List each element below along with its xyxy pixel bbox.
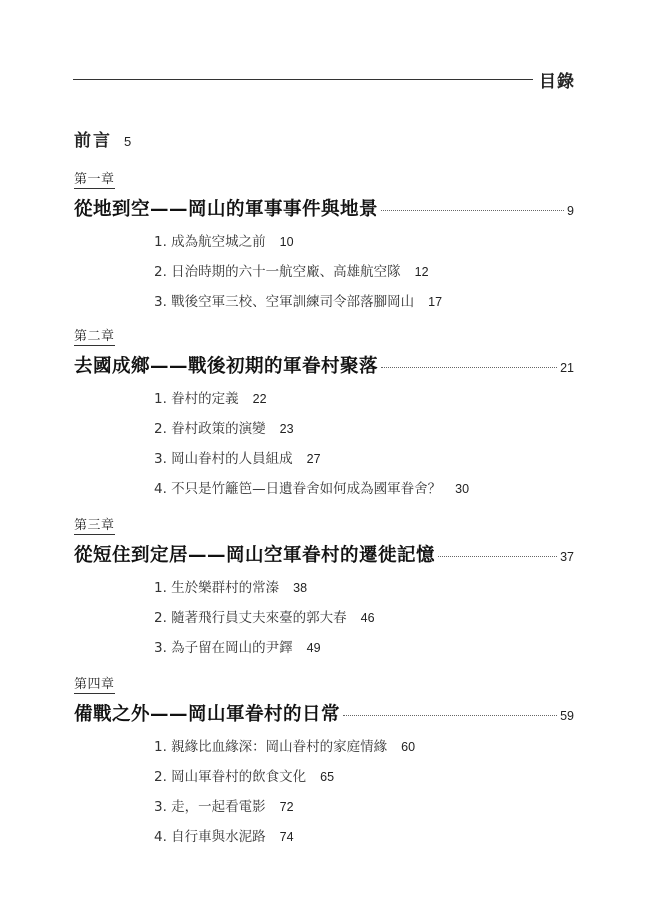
section-list: 1. 眷村的定義 22 2. 眷村政策的演變 23 3. 岡山眷村的人員組成 2… [154,384,574,504]
section-entry[interactable]: 4. 自行車與水泥路 74 [154,822,574,852]
section-title: 1. 生於樂群村的常溱 [154,573,279,603]
dot-leader [381,210,564,211]
chapter-page-number: 59 [560,709,574,723]
table-of-contents-page: 目錄 前言 5 第一章 從地到空——岡山的軍事事件與地景 9 1. 成為航空城之… [0,0,663,904]
chapter-title-entry[interactable]: 去國成鄉——戰後初期的軍眷村聚落 21 [74,352,574,378]
section-entry[interactable]: 3. 岡山眷村的人員組成 27 [154,444,574,474]
section-entry[interactable]: 2. 日治時期的六十一航空廠、高雄航空隊 12 [154,257,574,287]
section-entry[interactable]: 2. 隨著飛行員丈夫來臺的郭大春 46 [154,603,574,633]
chapter-label: 第一章 [74,168,115,189]
section-title: 4. 不只是竹籬笆—日遺眷舍如何成為國軍眷舍？ [154,474,441,504]
section-entry[interactable]: 3. 戰後空軍三校、空軍訓練司令部落腳岡山 17 [154,287,574,317]
chapter-label: 第四章 [74,673,115,694]
preface-page-number: 5 [124,134,131,149]
chapter-1: 第一章 從地到空——岡山的軍事事件與地景 9 1. 成為航空城之前 10 2. … [74,168,574,317]
section-page-number: 10 [280,227,294,257]
section-entry[interactable]: 1. 眷村的定義 22 [154,384,574,414]
section-title: 3. 為子留在岡山的尹鐸 [154,633,293,663]
section-entry[interactable]: 1. 親緣比血緣深：岡山眷村的家庭情緣 60 [154,732,574,762]
chapter-page-number: 37 [560,550,574,564]
section-entry[interactable]: 2. 岡山軍眷村的飲食文化 65 [154,762,574,792]
section-entry[interactable]: 1. 生於樂群村的常溱 38 [154,573,574,603]
chapter-label: 第三章 [74,514,115,535]
header-rule [73,79,533,80]
section-entry[interactable]: 2. 眷村政策的演變 23 [154,414,574,444]
section-title: 3. 岡山眷村的人員組成 [154,444,293,474]
section-page-number: 17 [428,287,442,317]
section-page-number: 72 [280,792,294,822]
section-title: 4. 自行車與水泥路 [154,822,266,852]
section-list: 1. 生於樂群村的常溱 38 2. 隨著飛行員丈夫來臺的郭大春 46 3. 為子… [154,573,574,663]
section-entry[interactable]: 3. 為子留在岡山的尹鐸 49 [154,633,574,663]
section-page-number: 27 [307,444,321,474]
chapter-title: 去國成鄉——戰後初期的軍眷村聚落 [74,352,378,378]
chapter-title: 從短住到定居——岡山空軍眷村的遷徙記憶 [74,541,435,567]
section-page-number: 60 [401,732,415,762]
toc-entry-preface[interactable]: 前言 5 [74,126,131,151]
section-page-number: 65 [320,762,334,792]
chapter-label: 第二章 [74,325,115,346]
chapter-3: 第三章 從短住到定居——岡山空軍眷村的遷徙記憶 37 1. 生於樂群村的常溱 3… [74,514,574,663]
chapter-title: 備戰之外——岡山軍眷村的日常 [74,700,340,726]
section-title: 2. 眷村政策的演變 [154,414,266,444]
dot-leader [438,556,557,557]
section-entry[interactable]: 1. 成為航空城之前 10 [154,227,574,257]
chapter-page-number: 21 [560,361,574,375]
section-title: 1. 眷村的定義 [154,384,239,414]
section-page-number: 30 [455,474,469,504]
section-list: 1. 親緣比血緣深：岡山眷村的家庭情緣 60 2. 岡山軍眷村的飲食文化 65 … [154,732,574,852]
chapter-4: 第四章 備戰之外——岡山軍眷村的日常 59 1. 親緣比血緣深：岡山眷村的家庭情… [74,673,574,852]
section-entry[interactable]: 4. 不只是竹籬笆—日遺眷舍如何成為國軍眷舍？ 30 [154,474,574,504]
dot-leader [381,367,557,368]
section-page-number: 12 [415,257,429,287]
chapter-title-entry[interactable]: 從地到空——岡山的軍事事件與地景 9 [74,195,574,221]
chapter-2: 第二章 去國成鄉——戰後初期的軍眷村聚落 21 1. 眷村的定義 22 2. 眷… [74,325,574,504]
chapter-title-entry[interactable]: 備戰之外——岡山軍眷村的日常 59 [74,700,574,726]
chapter-page-number: 9 [567,204,574,218]
section-list: 1. 成為航空城之前 10 2. 日治時期的六十一航空廠、高雄航空隊 12 3.… [154,227,574,317]
section-page-number: 49 [307,633,321,663]
section-title: 1. 成為航空城之前 [154,227,266,257]
section-entry[interactable]: 3. 走，一起看電影 72 [154,792,574,822]
section-page-number: 74 [280,822,294,852]
section-title: 1. 親緣比血緣深：岡山眷村的家庭情緣 [154,732,387,762]
toc-title: 目錄 [539,67,575,92]
section-page-number: 22 [253,384,267,414]
section-title: 2. 隨著飛行員丈夫來臺的郭大春 [154,603,347,633]
section-page-number: 38 [293,573,307,603]
section-page-number: 46 [361,603,375,633]
preface-label: 前言 [74,126,112,151]
section-title: 3. 走，一起看電影 [154,792,266,822]
chapter-title-entry[interactable]: 從短住到定居——岡山空軍眷村的遷徙記憶 37 [74,541,574,567]
chapter-title: 從地到空——岡山的軍事事件與地景 [74,195,378,221]
dot-leader [343,715,557,716]
section-title: 2. 岡山軍眷村的飲食文化 [154,762,306,792]
section-title: 2. 日治時期的六十一航空廠、高雄航空隊 [154,257,401,287]
section-page-number: 23 [280,414,294,444]
section-title: 3. 戰後空軍三校、空軍訓練司令部落腳岡山 [154,287,414,317]
toc-header: 目錄 [73,66,575,92]
